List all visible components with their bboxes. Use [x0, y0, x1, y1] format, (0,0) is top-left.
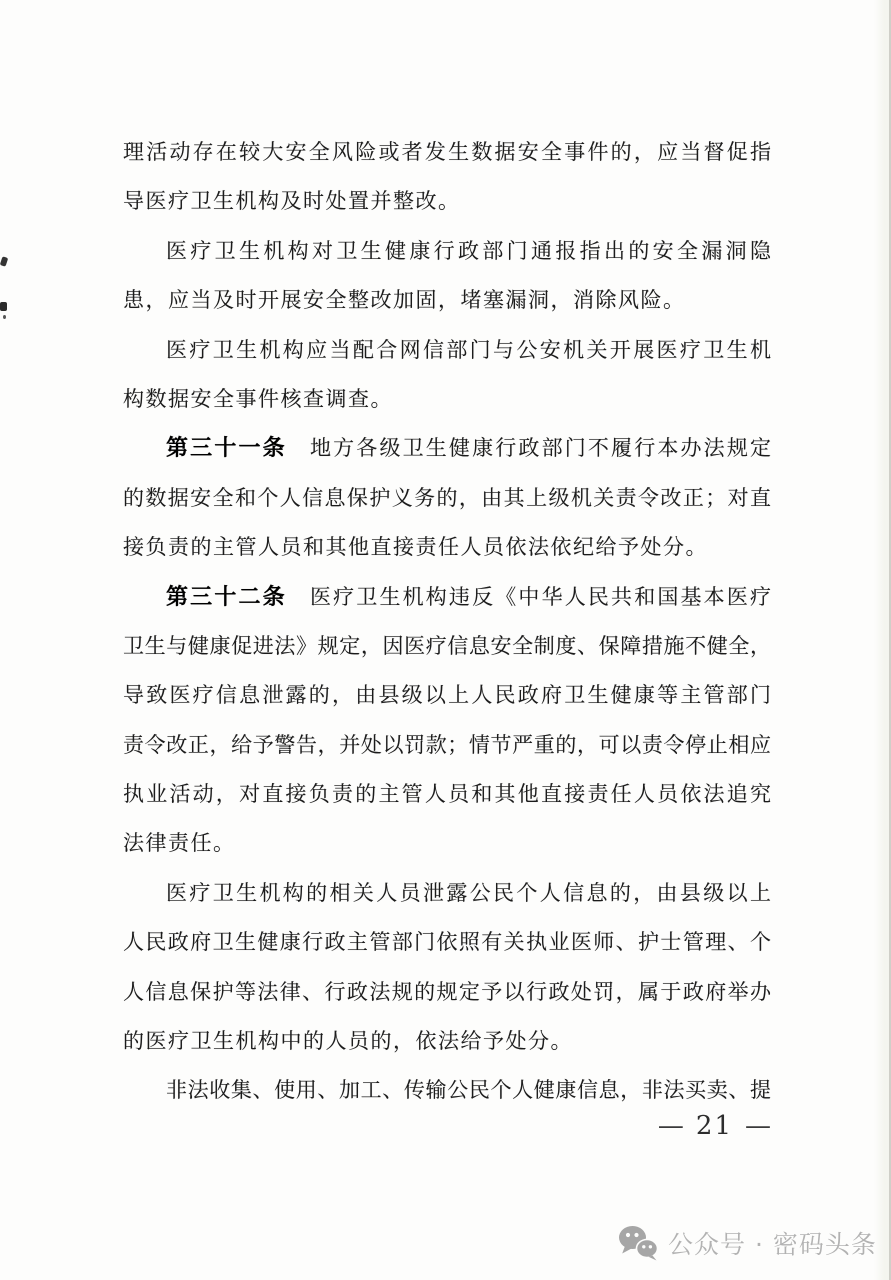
- scanned-document-page: 理活动存在较大安全风险或者发生数据安全事件的，应当督促指导医疗卫生机构及时处置并…: [0, 0, 891, 1280]
- page-number-dash-left: —: [658, 1111, 684, 1141]
- text-line: 理活动存在较大安全风险或者发生数据安全事件的，应当督促指: [123, 128, 771, 177]
- page-number-dash-right: —: [745, 1111, 771, 1141]
- text-line: 医疗卫生机构的相关人员泄露公民个人信息的，由县级以上: [123, 869, 771, 918]
- text-line: 构数据安全事件核查调查。: [123, 375, 771, 424]
- text-line: 导医疗卫生机构及时处置并整改。: [123, 177, 771, 226]
- text-line: 导致医疗信息泄露的，由县级以上人民政府卫生健康等主管部门: [123, 671, 771, 720]
- text-line: 医疗卫生机构对卫生健康行政部门通报指出的安全漏洞隐: [123, 227, 771, 276]
- article-number: 第三十一条: [166, 436, 287, 461]
- scan-artifact-speck: [0, 256, 8, 266]
- text-line: 接负责的主管人员和其他直接责任人员依法依纪给予处分。: [123, 523, 771, 572]
- scan-artifact-speck: [0, 302, 7, 311]
- text-line: 人信息保护等法律、行政法规的规定予以行政处罚，属于政府举办: [123, 968, 771, 1017]
- watermark-label: 公众号 · 密码头条: [668, 1225, 877, 1261]
- text-line: 第三十一条地方各级卫生健康行政部门不履行本办法规定: [123, 424, 771, 473]
- text-line: 第三十二条医疗卫生机构违反《中华人民共和国基本医疗: [123, 573, 771, 622]
- watermark: 公众号 · 密码头条: [618, 1222, 877, 1264]
- scan-edge-shadow: [874, 0, 891, 1280]
- text-line: 人民政府卫生健康行政主管部门依照有关执业医师、护士管理、个: [123, 918, 771, 967]
- article-number: 第三十二条: [166, 585, 287, 610]
- page-number: —21—: [123, 1106, 771, 1146]
- text-line: 的数据安全和个人信息保护义务的，由其上级机关责令改正；对直: [123, 474, 771, 523]
- text-line: 患，应当及时开展安全整改加固，堵塞漏洞，消除风险。: [123, 276, 771, 325]
- text-line: 法律责任。: [123, 819, 771, 868]
- document-body: 理活动存在较大安全风险或者发生数据安全事件的，应当督促指导医疗卫生机构及时处置并…: [123, 128, 771, 1116]
- text-line: 的医疗卫生机构中的人员的，依法给予处分。: [123, 1017, 771, 1066]
- page-number-value: 21: [696, 1111, 733, 1141]
- text-line: 责令改正，给予警告，并处以罚款；情节严重的，可以责令停止相应: [123, 721, 771, 770]
- text-line: 卫生与健康促进法》规定，因医疗信息安全制度、保障措施不健全，: [123, 622, 771, 671]
- text-line: 医疗卫生机构应当配合网信部门与公安机关开展医疗卫生机: [123, 326, 771, 375]
- text-line: 执业活动，对直接负责的主管人员和其他直接责任人员依法追究: [123, 770, 771, 819]
- wechat-icon: [618, 1225, 658, 1261]
